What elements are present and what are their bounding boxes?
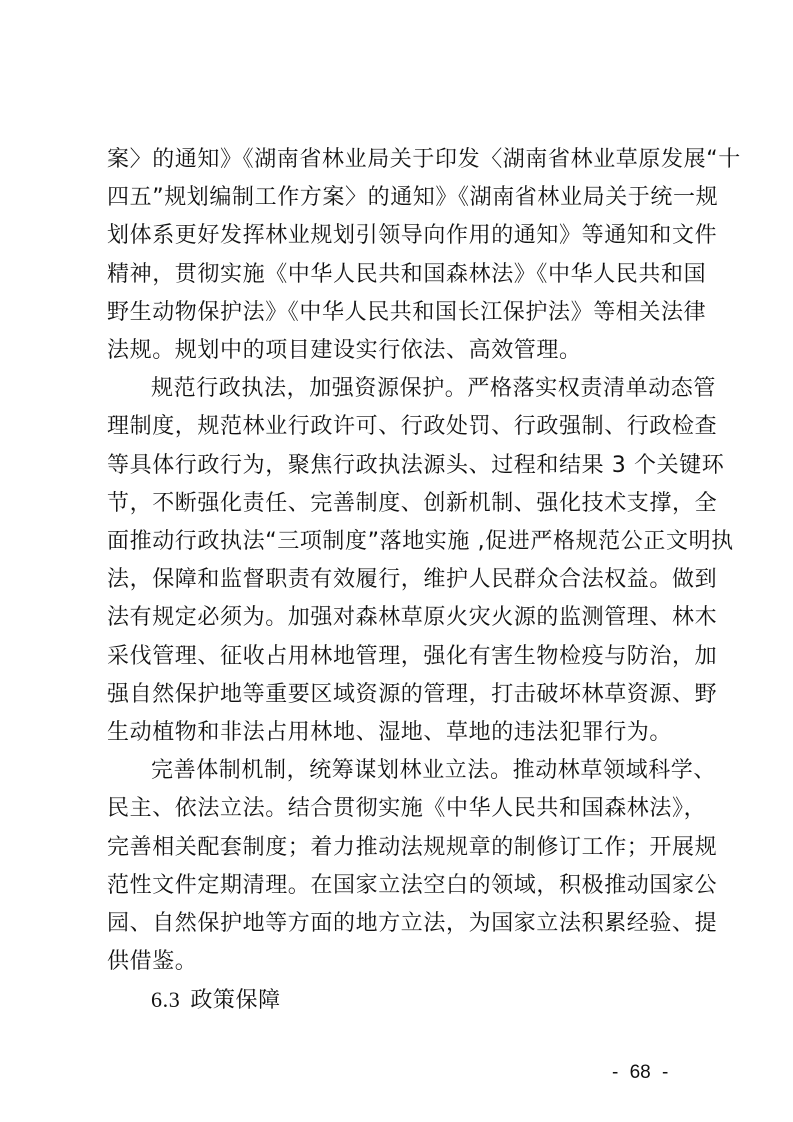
text-line: 面推动行政执法“三项制度”落地实施 ,促进严格规范公正文明执 xyxy=(107,523,691,561)
text-line: 理制度，规范林业行政许可、行政处罚、行政强制、行政检查 xyxy=(107,408,691,446)
paragraph-regulations: 案〉的通知》《湖南省林业局关于印发〈湖南省林业草原发展“十 四五”规划编制工作方… xyxy=(107,141,691,370)
paragraph-administrative-enforcement: 规范行政执法，加强资源保护。严格落实权责清单动态管 理制度，规范林业行政许可、行… xyxy=(107,370,691,752)
text-line: 完善相关配套制度；着力推动法规规章的制修订工作；开展规 xyxy=(107,829,691,867)
text-line: 四五”规划编制工作方案〉的通知》《湖南省林业局关于统一规 xyxy=(107,179,691,217)
text-line: 强自然保护地等重要区域资源的管理，打击破坏林草资源、野 xyxy=(107,676,691,714)
text-line: 生动植物和非法占用林地、湿地、草地的违法犯罪行为。 xyxy=(107,714,691,752)
section-number: 6.3 xyxy=(151,987,180,1012)
text-line: 法有规定必须为。加强对森林草原火灾火源的监测管理、林木 xyxy=(107,599,691,637)
text-line: 采伐管理、征收占用林地管理，强化有害生物检疫与防治，加 xyxy=(107,638,691,676)
text-line: 划体系更好发挥林业规划引领导向作用的通知》等通知和文件 xyxy=(107,217,691,255)
text-line: 法规。规划中的项目建设实行依法、高效管理。 xyxy=(107,332,691,370)
section-title: 政策保障 xyxy=(190,988,280,1013)
text-line: 野生动物保护法》《中华人民共和国长江保护法》等相关法律 xyxy=(107,294,691,332)
text-line: 民主、依法立法。结合贯彻实施《中华人民共和国森林法》， xyxy=(107,790,691,828)
text-line: 节，不断强化责任、完善制度、创新机制、强化技术支撑，全 xyxy=(107,485,691,523)
text-line: 园、自然保护地等方面的地方立法，为国家立法积累经验、提 xyxy=(107,905,691,943)
text-line: 精神，贯彻实施《中华人民共和国森林法》《中华人民共和国 xyxy=(107,256,691,294)
paragraph-institutional-mechanisms: 完善体制机制，统筹谋划林业立法。推动林草领域科学、 民主、依法立法。结合贯彻实施… xyxy=(107,752,691,981)
body-text: 案〉的通知》《湖南省林业局关于印发〈湖南省林业草原发展“十 四五”规划编制工作方… xyxy=(107,141,691,1021)
text-line: 等具体行政行为，聚焦行政执法源头、过程和结果 3 个关键环 xyxy=(107,447,691,485)
text-line: 范性文件定期清理。在国家立法空白的领域，积极推动国家公 xyxy=(107,867,691,905)
text-line: 供借鉴。 xyxy=(107,943,691,981)
text-line: 完善体制机制，统筹谋划林业立法。推动林草领域科学、 xyxy=(107,752,691,790)
section-heading: 6.3政策保障 xyxy=(107,981,691,1020)
text-line: 规范行政执法，加强资源保护。严格落实权责清单动态管 xyxy=(107,370,691,408)
text-line: 案〉的通知》《湖南省林业局关于印发〈湖南省林业草原发展“十 xyxy=(107,141,691,179)
page-number: - 68 - xyxy=(612,1062,692,1084)
document-page: 案〉的通知》《湖南省林业局关于印发〈湖南省林业草原发展“十 四五”规划编制工作方… xyxy=(0,0,793,1122)
text-line: 法，保障和监督职责有效履行，维护人民群众合法权益。做到 xyxy=(107,561,691,599)
